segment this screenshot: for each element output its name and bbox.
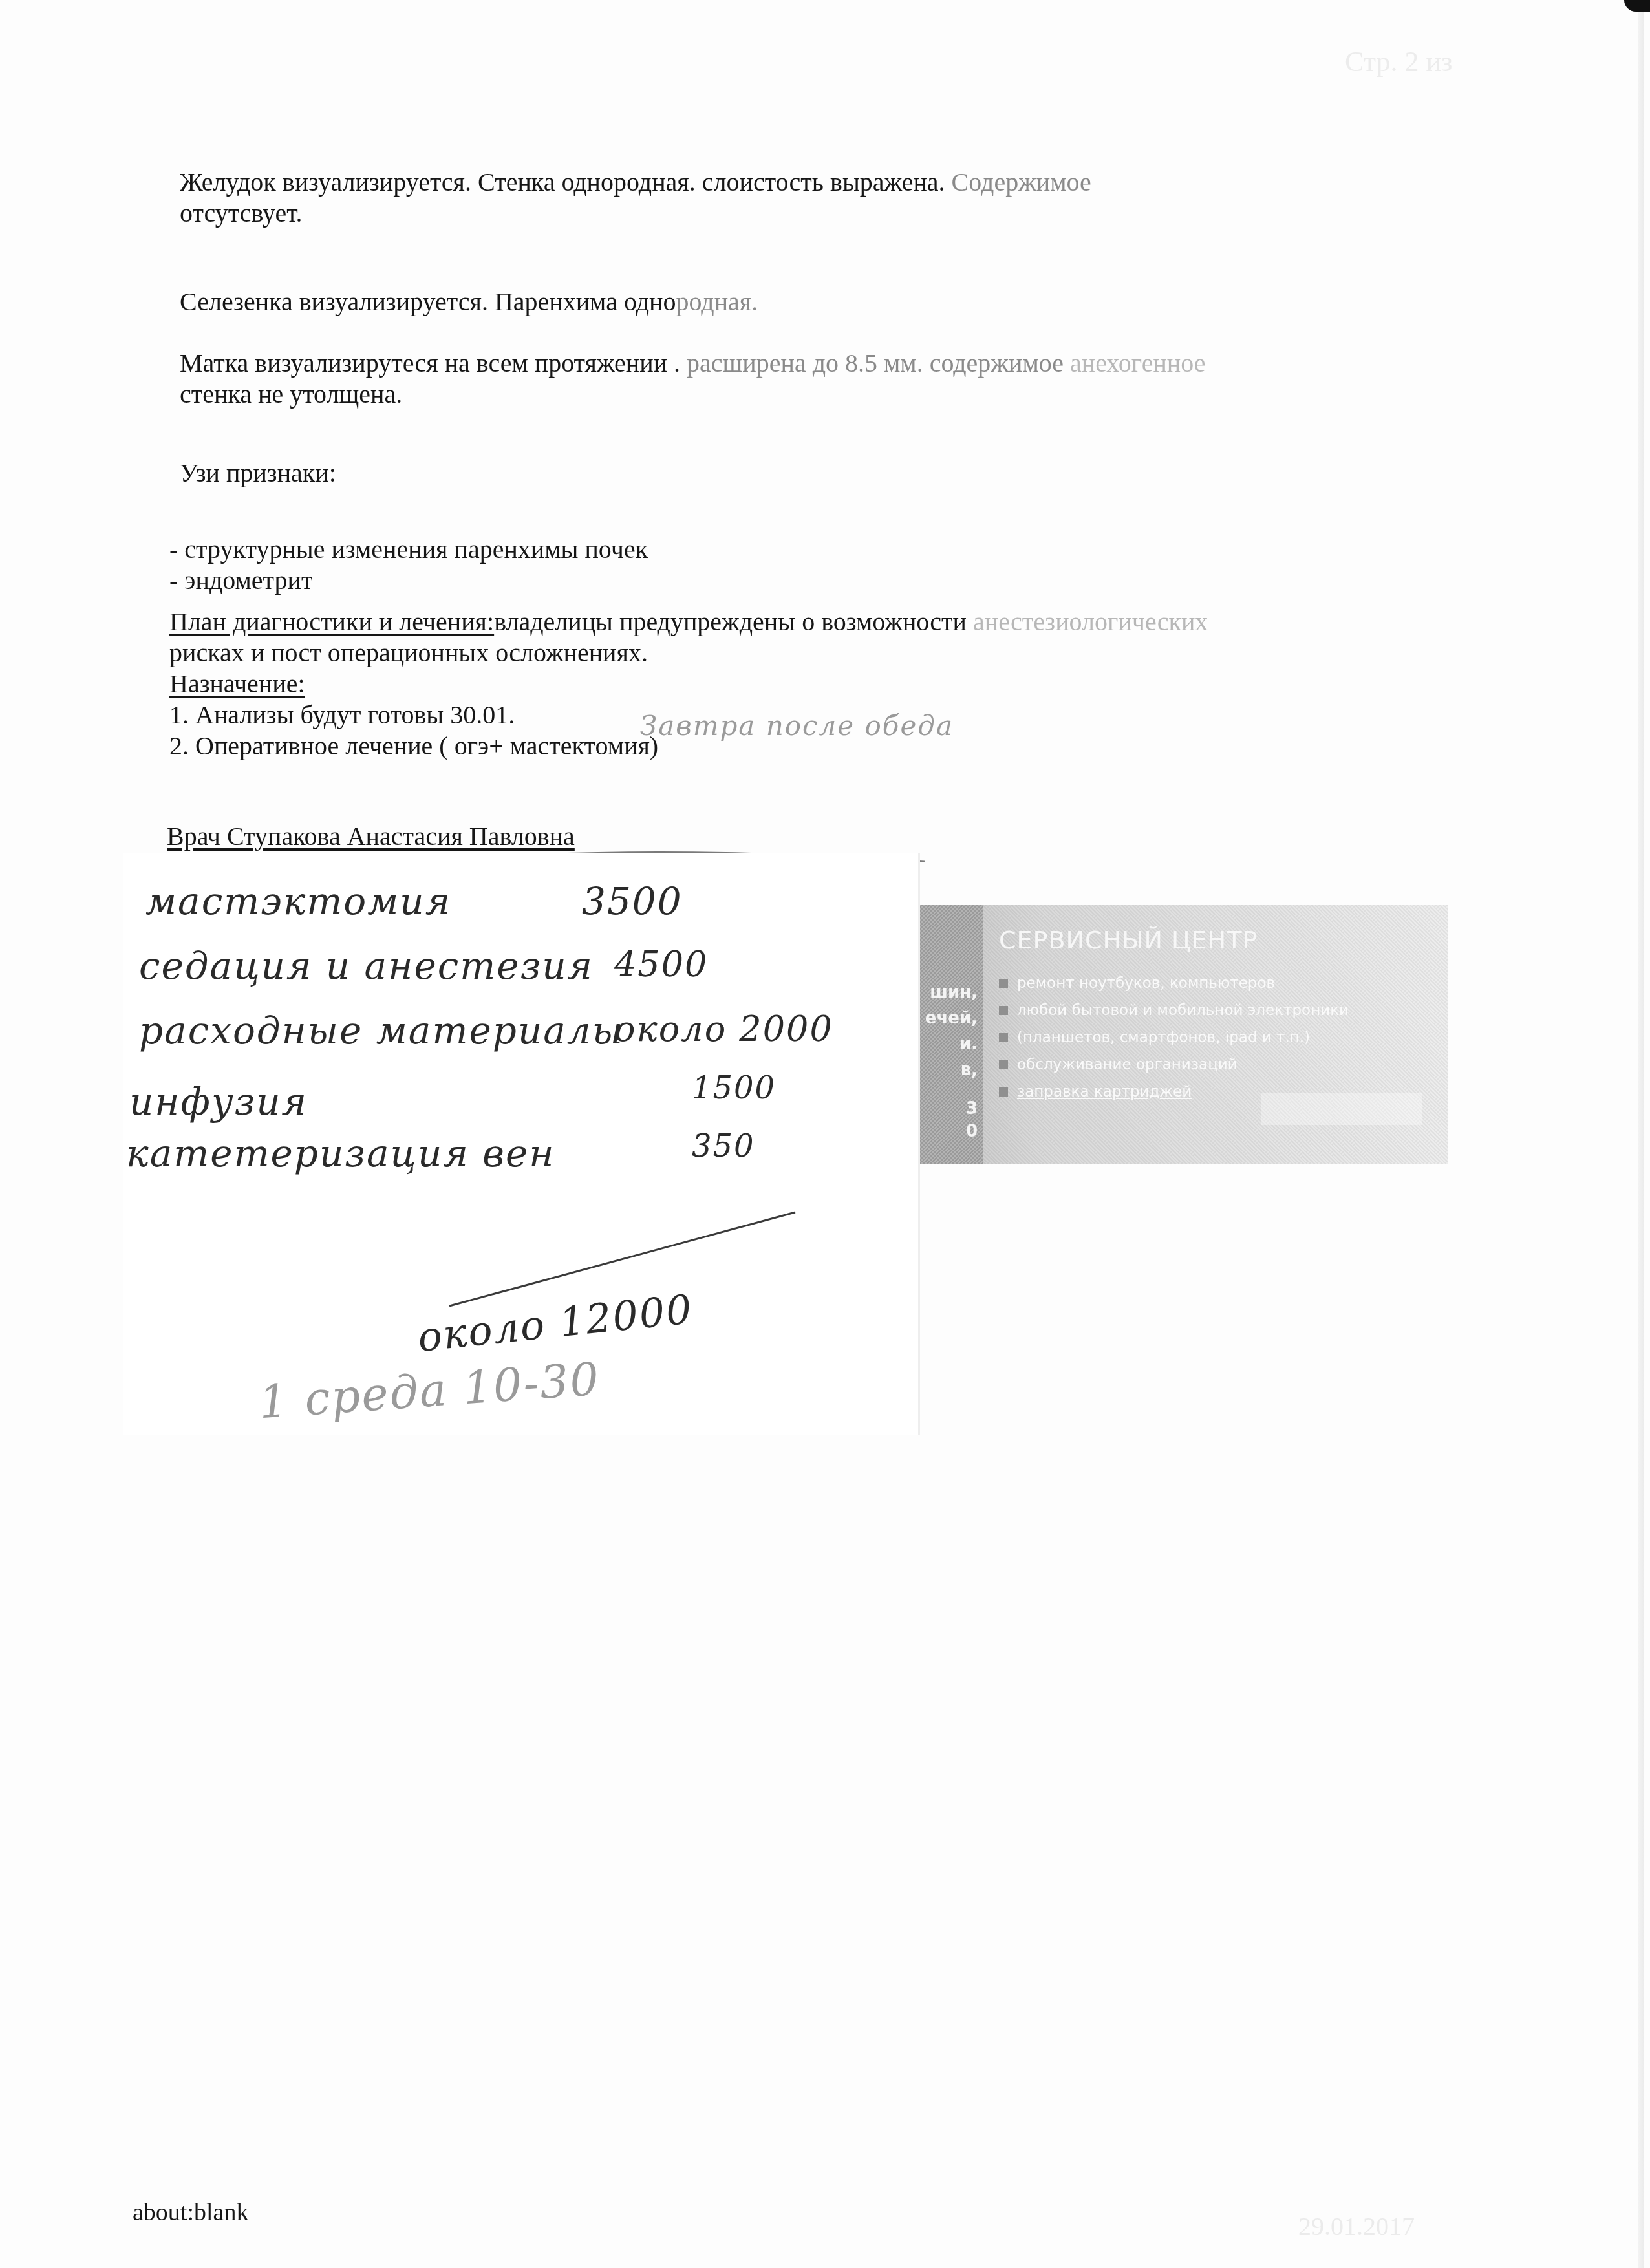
prescription-item: 2. Оперативное лечение ( огэ+ мастектоми… — [169, 731, 658, 762]
spleen-line1: Селезенка визуализируется. Паренхима одн… — [180, 287, 676, 316]
uterus-paragraph: Матка визуализирутеся на всем протяжении… — [180, 348, 1206, 410]
card-strip-fragment: ечей, — [925, 1009, 978, 1028]
service-item: ремонт ноутбуков, компьютеров — [999, 970, 1349, 997]
service-item: любой бытовой и мобильной электроники — [999, 997, 1349, 1024]
uterus-line1-faded: расширена до 8.5 мм. содержимое — [680, 348, 1064, 378]
spleen-line1-faded: родная. — [676, 287, 758, 316]
service-label: заправка картриджей — [1017, 1078, 1192, 1106]
card-strip-fragment: и. — [959, 1034, 978, 1054]
prescription-item: 1. Анализы будут готовы 30.01. — [169, 700, 658, 731]
square-bullet-icon — [999, 1060, 1008, 1069]
prescription-heading: Назначение: — [169, 669, 658, 700]
scan-edge — [1638, 0, 1644, 2268]
plan-section: План диагностики и лечения:владелицы пре… — [169, 606, 1208, 669]
card-strip-fragment: 0 — [966, 1122, 978, 1141]
ultrasound-item: - эндометрит — [169, 565, 648, 596]
uterus-line1: Матка визуализирутеся на всем протяжении… — [180, 348, 680, 378]
square-bullet-icon — [999, 1006, 1008, 1015]
handwritten-annotation: Завтра после обеда — [640, 710, 954, 742]
business-card: шин, ечей, и. в, 3 0 СЕРВИСНЫЙ ЦЕНТР рем… — [860, 905, 1448, 1164]
ultrasound-list: - структурные изменения паренхимы почек … — [169, 534, 648, 596]
card-strip-fragment: 3 — [966, 1099, 978, 1118]
ultrasound-heading: Узи признаки: — [180, 458, 336, 489]
service-item: обслуживание организаций — [999, 1051, 1349, 1078]
plan-line2: рисках и пост операционных осложнениях. — [169, 637, 1208, 669]
card-strip-fragment: шин, — [930, 983, 978, 1002]
service-label: обслуживание организаций — [1017, 1051, 1237, 1078]
spleen-paragraph: Селезенка визуализируется. Паренхима одн… — [180, 286, 758, 317]
stomach-paragraph: Желудок визуализируется. Стенка однородн… — [180, 167, 1091, 229]
scan-corner-artifact — [1624, 0, 1650, 12]
business-card-services: ремонт ноутбуков, компьютеров любой быто… — [999, 970, 1349, 1106]
plan-text: владелицы предупреждены о возможности — [494, 607, 967, 636]
square-bullet-icon — [999, 979, 1008, 988]
service-item: (планшетов, смартфонов, ipad и т.п.) — [999, 1024, 1349, 1051]
business-card-title: СЕРВИСНЫЙ ЦЕНТР — [999, 926, 1258, 954]
stomach-line1-faded: Содержимое — [945, 167, 1091, 197]
print-footer-date: 29.01.2017 — [1298, 2211, 1415, 2241]
ultrasound-item: - структурные изменения паренхимы почек — [169, 534, 648, 565]
business-card-phone-block — [1261, 1093, 1422, 1125]
page-number: Стр. 2 из — [1345, 45, 1452, 78]
uterus-line1-fainter: анехогенное — [1064, 348, 1206, 378]
stomach-line2: отсутсвует. — [180, 198, 1091, 229]
service-label: любой бытовой и мобильной электроники — [1017, 997, 1349, 1024]
square-bullet-icon — [999, 1033, 1008, 1042]
stomach-line1: Желудок визуализируется. Стенка однородн… — [180, 167, 945, 197]
prescription-section: Назначение: 1. Анализы будут готовы 30.0… — [169, 669, 658, 762]
uterus-line2: стенка не утолщена. — [180, 379, 1206, 410]
plan-label: План диагностики и лечения: — [169, 607, 494, 636]
card-strip-fragment: в, — [961, 1060, 978, 1080]
plan-text-faded: анестезиологических — [967, 607, 1208, 636]
print-footer-url: about:blank — [133, 2198, 248, 2227]
handwritten-price-note: мастэктомия 3500 седация и анестезия 450… — [123, 853, 920, 1435]
service-label: ремонт ноутбуков, компьютеров — [1017, 970, 1275, 997]
service-label: (планшетов, смартфонов, ipad и т.п.) — [1017, 1024, 1310, 1051]
square-bullet-icon — [999, 1087, 1008, 1097]
